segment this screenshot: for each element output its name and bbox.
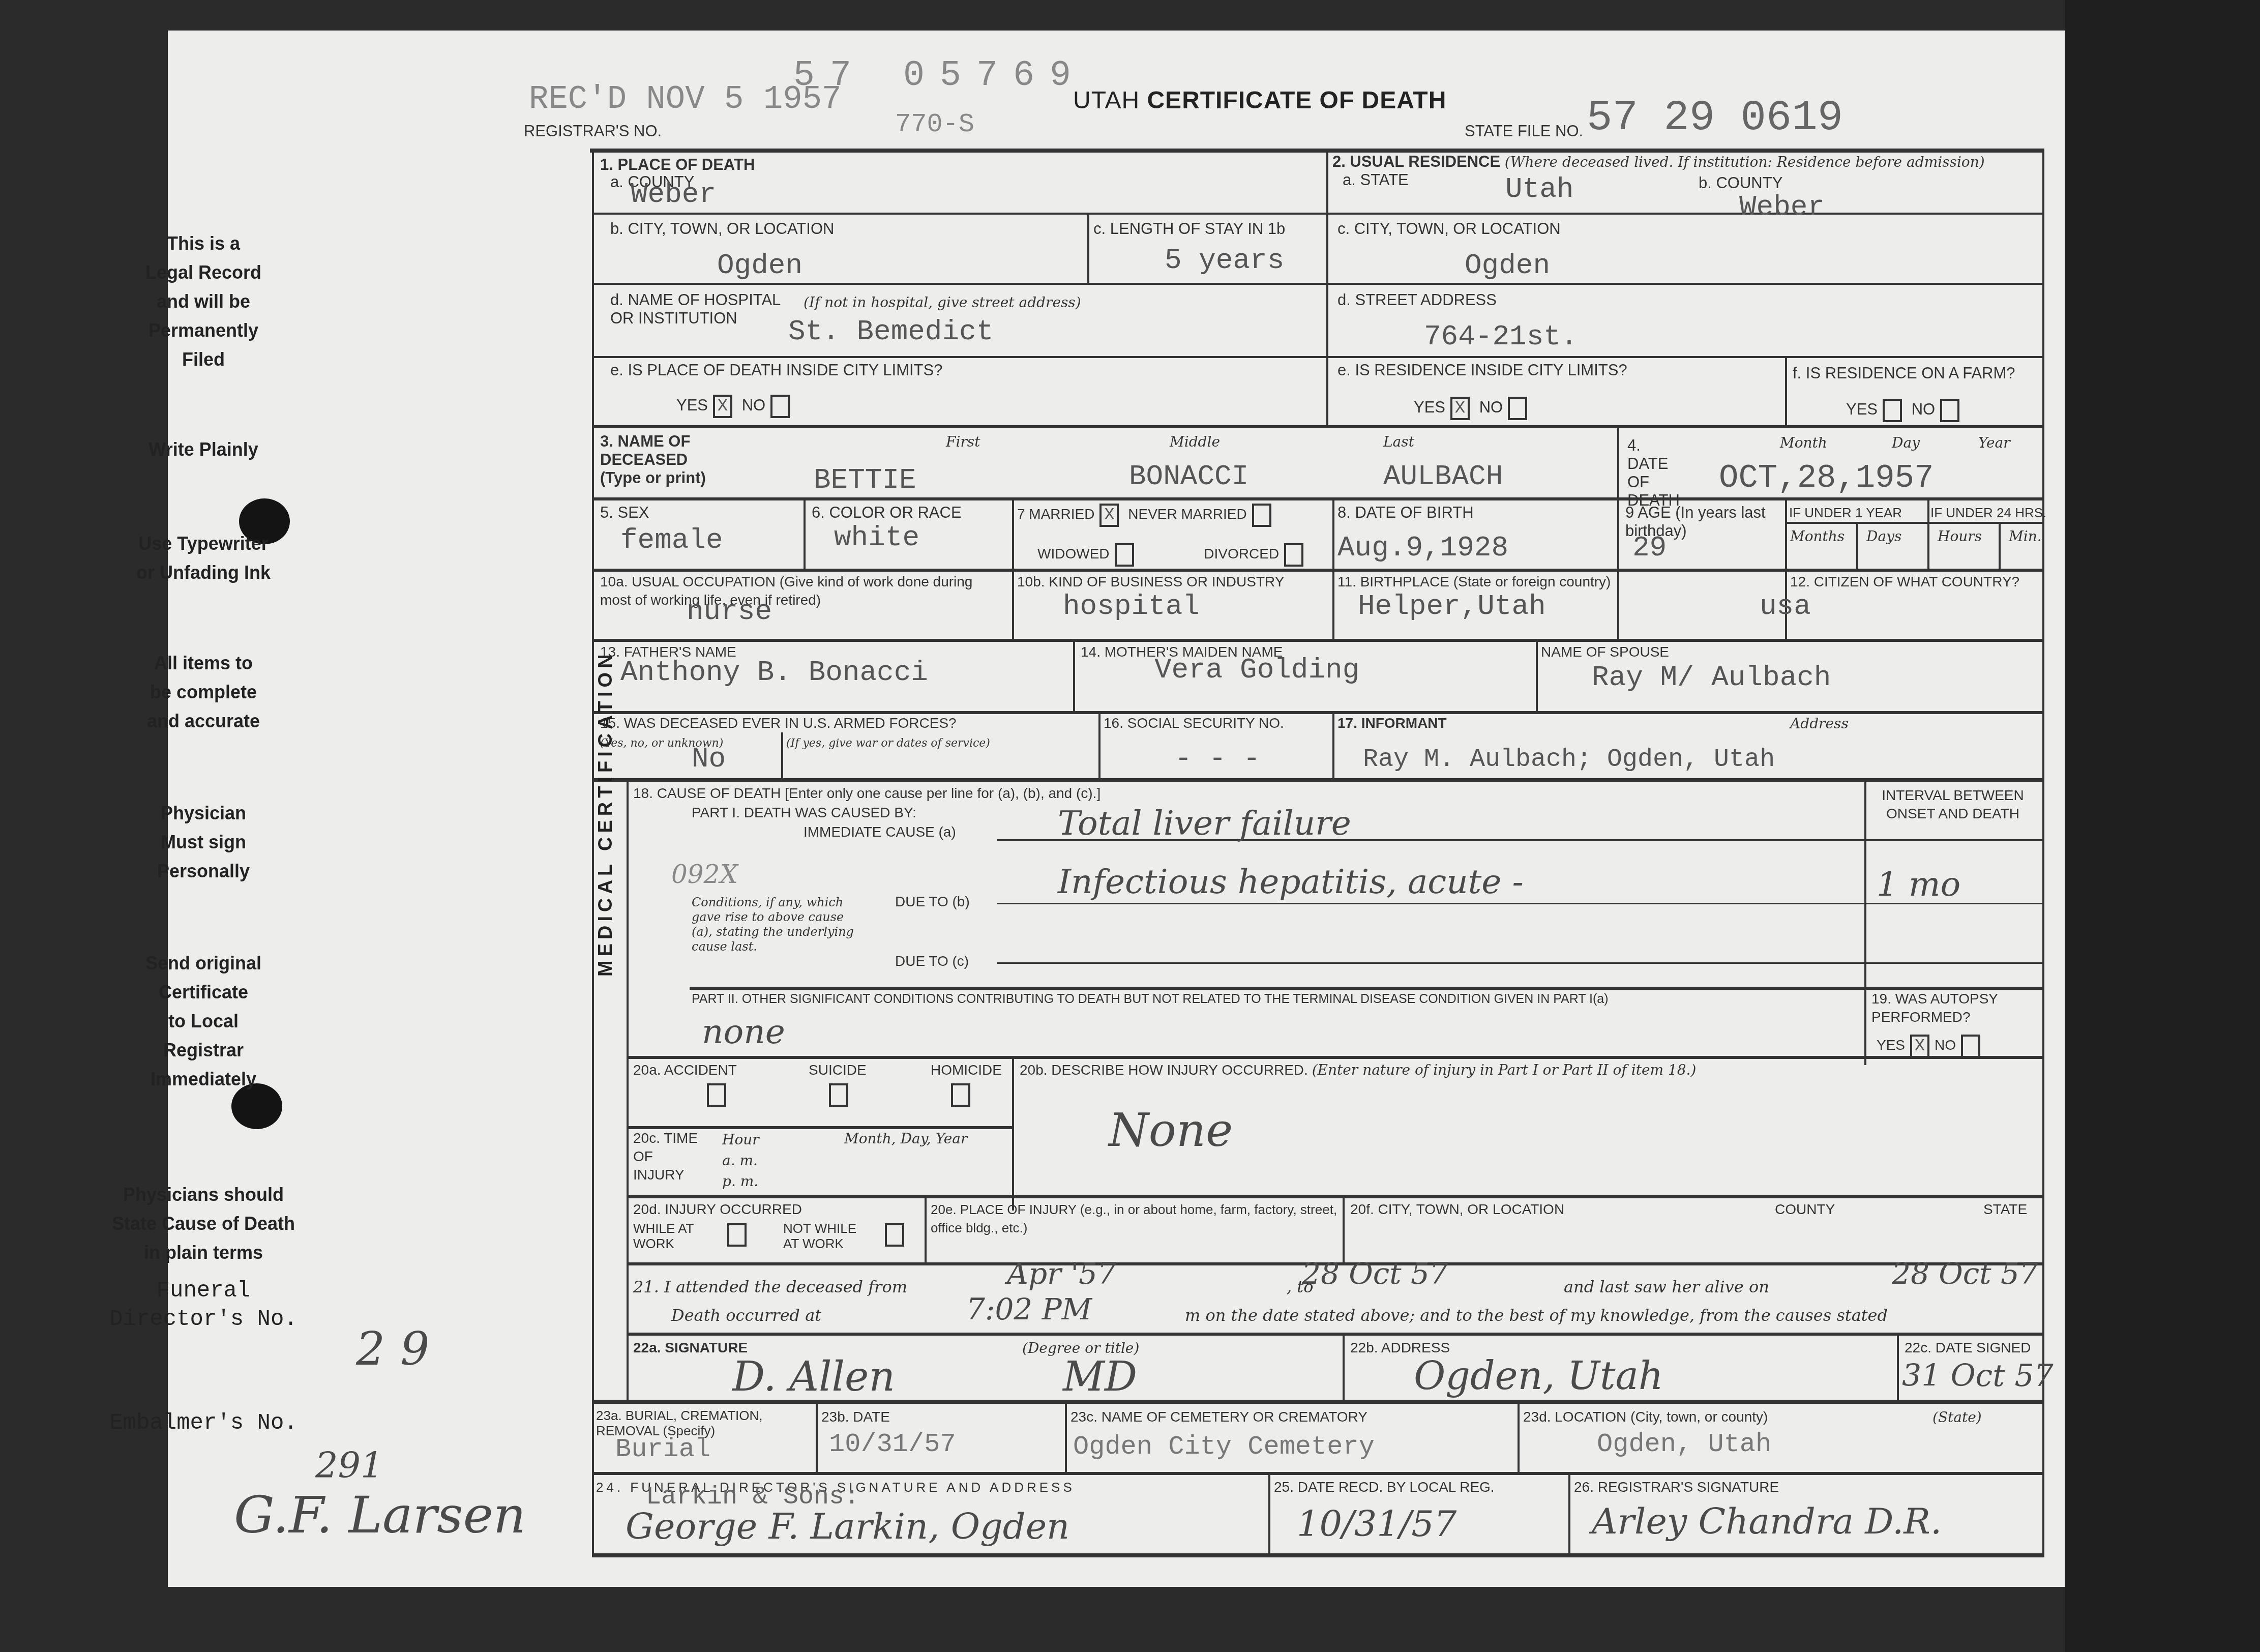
scan-background-right bbox=[2065, 0, 2260, 1652]
divider bbox=[627, 780, 629, 1401]
registrar-no: 770-S bbox=[895, 109, 974, 139]
date-of-death-value: OCT,28,1957 bbox=[1719, 460, 1934, 497]
sex-value: female bbox=[620, 524, 723, 556]
suicide-label: SUICIDE bbox=[809, 1061, 867, 1079]
autopsy-label: 19. WAS AUTOPSY PERFORMED? bbox=[1871, 990, 2034, 1026]
state-file-label: STATE FILE NO. bbox=[1465, 122, 1583, 140]
armed-forces-value: No bbox=[692, 743, 726, 775]
note-physician: Physician Must sign Personally bbox=[0, 799, 407, 886]
funeral-director-signature: George F. Larkin, Ogden bbox=[626, 1506, 1069, 1547]
part1-label: PART I. DEATH WAS CAUSED BY: bbox=[692, 804, 916, 822]
pod-city-value: Ogden bbox=[717, 249, 802, 282]
divider bbox=[1332, 712, 1334, 779]
res-farm-label: f. IS RESIDENCE ON A FARM? bbox=[1793, 364, 2015, 382]
note-complete: All items to be complete and accurate bbox=[0, 648, 407, 735]
divider bbox=[1343, 1335, 1345, 1401]
divider bbox=[627, 1056, 2042, 1059]
part2-value: none bbox=[702, 1012, 785, 1051]
occupation-value: nurse bbox=[687, 595, 772, 628]
divider bbox=[816, 1402, 818, 1473]
res-state-label: a. STATE bbox=[1343, 171, 1409, 189]
divider bbox=[1343, 1197, 1345, 1263]
widowed-label: WIDOWED bbox=[1037, 546, 1110, 562]
mother-value: Vera Golding bbox=[1154, 654, 1359, 686]
pod-inside-city-options: YESX NO bbox=[676, 395, 795, 418]
am-label: a. m. bbox=[722, 1152, 758, 1169]
ssn-value: - - - bbox=[1175, 743, 1260, 775]
sex-label: 5. SEX bbox=[600, 504, 649, 522]
divider bbox=[592, 497, 2044, 500]
divider bbox=[781, 732, 783, 779]
armed-hint-2: (If yes, give war or dates of service) bbox=[786, 737, 990, 750]
citizen-value: usa bbox=[1760, 590, 1811, 623]
never-married-checkbox[interactable] bbox=[1252, 504, 1271, 527]
divider bbox=[1536, 641, 1538, 713]
pod-hospital-label: d. NAME OF HOSPITAL OR INSTITUTION bbox=[610, 291, 783, 328]
state-file-no: 57 29 0619 bbox=[1587, 94, 1843, 142]
divorced-label: DIVORCED bbox=[1204, 546, 1279, 562]
months-label: Months bbox=[1790, 528, 1845, 545]
due-to-c-label: DUE TO (c) bbox=[895, 952, 969, 970]
birthplace-value: Helper,Utah bbox=[1358, 590, 1546, 623]
attended-to-value: 28 Oct 57 bbox=[1302, 1256, 1448, 1291]
cause-b-value: Infectious hepatitis, acute - bbox=[1058, 862, 1524, 901]
business-label: 10b. KIND OF BUSINESS OR INDUSTRY bbox=[1017, 573, 1284, 591]
marital-number: 7 bbox=[1017, 506, 1025, 522]
never-married-label: NEVER MARRIED bbox=[1128, 506, 1246, 522]
due-to-b-label: DUE TO (b) bbox=[895, 893, 970, 911]
cause-of-death-label: 18. CAUSE OF DEATH [Enter only one cause… bbox=[633, 784, 1101, 803]
divider bbox=[925, 1197, 927, 1263]
accident-checkbox[interactable] bbox=[707, 1083, 726, 1107]
divider bbox=[1785, 522, 2042, 524]
date-signed-label: 22c. DATE SIGNED bbox=[1905, 1339, 2031, 1357]
autopsy-options: YESXNO bbox=[1877, 1035, 1985, 1058]
cemetery-label: 23c. NAME OF CEMETERY OR CREMATORY bbox=[1070, 1408, 1367, 1426]
attended-from-value: Apr '57 bbox=[1007, 1256, 1116, 1291]
residence-hint: (Where deceased lived. If institution: R… bbox=[1505, 154, 1985, 170]
dod-year-label: Year bbox=[1978, 434, 2010, 451]
interval-label: INTERVAL BETWEEN ONSET AND DEATH bbox=[1871, 786, 2034, 823]
residence-heading: 2. USUAL RESIDENCE bbox=[1332, 153, 1500, 170]
res-inside-city-yes-checkbox[interactable]: X bbox=[1450, 397, 1470, 420]
last-name-label: Last bbox=[1383, 433, 1414, 450]
autopsy-yes-checkbox[interactable]: X bbox=[1910, 1035, 1929, 1058]
death-occurred-label: Death occurred at bbox=[671, 1306, 821, 1325]
injury-county-label: COUNTY bbox=[1775, 1200, 1835, 1219]
physician-address: Ogden, Utah bbox=[1414, 1353, 1663, 1398]
business-value: hospital bbox=[1063, 590, 1200, 623]
place-of-death-heading: 1. PLACE OF DEATH bbox=[600, 156, 755, 174]
age-value: 29 bbox=[1632, 532, 1667, 564]
funeral-director-no: 29 bbox=[356, 1322, 445, 1376]
ssn-label: 16. SOCIAL SECURITY NO. bbox=[1104, 714, 1284, 732]
date-received-value: 10/31/57 bbox=[1297, 1503, 1456, 1545]
divider bbox=[1864, 780, 1866, 1065]
divider bbox=[592, 639, 2044, 642]
hour-label: Hour bbox=[722, 1131, 759, 1148]
describe-injury-value: None bbox=[1109, 1104, 1233, 1157]
pm-label: p. m. bbox=[722, 1173, 758, 1190]
divider bbox=[1785, 356, 1787, 427]
cemetery-value: Ogden City Cemetery bbox=[1073, 1432, 1375, 1462]
interval-value: 1 mo bbox=[1877, 865, 1960, 904]
marital-status-row2: WIDOWED DIVORCED bbox=[1037, 543, 1309, 567]
res-street-label: d. STREET ADDRESS bbox=[1337, 291, 1497, 309]
homicide-checkbox[interactable] bbox=[951, 1083, 970, 1107]
divider bbox=[627, 1195, 2042, 1198]
burial-date-value: 10/31/57 bbox=[829, 1429, 956, 1459]
title-text: CERTIFICATE OF DEATH bbox=[1147, 87, 1446, 114]
res-farm-options: YES NO bbox=[1846, 399, 1965, 422]
location-label: 23d. LOCATION (City, town, or county) bbox=[1523, 1408, 1768, 1426]
describe-injury-hint: (Enter nature of injury in Part I or Par… bbox=[1312, 1061, 1697, 1078]
pod-inside-city-no-checkbox[interactable] bbox=[770, 395, 790, 418]
divider bbox=[592, 283, 2044, 285]
part2-label: PART II. OTHER SIGNIFICANT CONDITIONS CO… bbox=[692, 990, 1609, 1008]
funeral-director-label: Funeral Director's No. bbox=[0, 1277, 407, 1334]
form-left-border bbox=[592, 149, 594, 1557]
pod-inside-city-yes-checkbox[interactable]: X bbox=[713, 395, 732, 418]
immediate-cause-label: IMMEDIATE CAUSE (a) bbox=[804, 823, 956, 841]
divorced-checkbox[interactable] bbox=[1284, 543, 1303, 567]
res-city-label: c. CITY, TOWN, OR LOCATION bbox=[1337, 220, 1561, 238]
registrar-signature: Arley Chandra D.R. bbox=[1592, 1500, 1942, 1542]
physician-signature: D. Allen bbox=[732, 1353, 895, 1400]
pod-stay-value: 5 years bbox=[1165, 244, 1284, 277]
divider bbox=[592, 778, 2044, 782]
divider bbox=[1268, 1474, 1270, 1555]
burial-value: Burial bbox=[615, 1434, 710, 1464]
embalmer-signature: G.F. Larsen bbox=[234, 1485, 526, 1545]
describe-injury-label: 20b. DESCRIBE HOW INJURY OCCURRED. bbox=[1020, 1062, 1308, 1078]
under-24-hrs-label: IF UNDER 24 HRS. bbox=[1930, 504, 2046, 522]
days-label: Days bbox=[1866, 528, 1901, 545]
res-county-value: Weber bbox=[1739, 191, 1825, 223]
form-bottom-border bbox=[592, 1553, 2044, 1557]
res-inside-city-no-checkbox[interactable] bbox=[1508, 397, 1527, 420]
divider bbox=[1999, 524, 2001, 570]
divider bbox=[1087, 213, 1089, 284]
dob-value: Aug.9,1928 bbox=[1337, 532, 1508, 564]
spouse-label: NAME OF SPOUSE bbox=[1541, 643, 1669, 661]
divider bbox=[592, 425, 2044, 428]
divider bbox=[804, 498, 806, 571]
last-saw-label: and last saw her alive on bbox=[1564, 1277, 1769, 1296]
min-label: Min. bbox=[2009, 528, 2042, 545]
accident-label: 20a. ACCIDENT bbox=[633, 1061, 737, 1079]
while-at-work-checkbox[interactable] bbox=[727, 1223, 747, 1247]
father-value: Anthony B. Bonacci bbox=[620, 656, 928, 689]
res-farm-yes-checkbox[interactable] bbox=[1883, 399, 1902, 422]
first-name-label: First bbox=[946, 433, 980, 450]
deceased-name-label: 3. NAME OF DECEASED (Type or print) bbox=[600, 432, 712, 487]
informant-value: Ray M. Aulbach; Ogden, Utah bbox=[1363, 745, 1775, 774]
pod-city-label: b. CITY, TOWN, OR LOCATION bbox=[610, 220, 834, 238]
pod-county-value: Weber bbox=[631, 178, 716, 211]
res-county-label: b. COUNTY bbox=[1699, 174, 1782, 192]
location-value: Ogden, Utah bbox=[1597, 1429, 1771, 1459]
armed-forces-label: 15. WAS DECEASED EVER IN U.S. ARMED FORC… bbox=[600, 714, 957, 732]
divider bbox=[592, 569, 2044, 572]
note-write-plainly: Write Plainly bbox=[0, 435, 407, 464]
cause-c-line bbox=[997, 962, 2042, 964]
married-checkbox[interactable]: X bbox=[1099, 504, 1119, 527]
divider bbox=[592, 213, 2044, 215]
burial-date-label: 23b. DATE bbox=[821, 1408, 890, 1426]
deceased-middle-name: BONACCI bbox=[1129, 460, 1248, 493]
attended-label: 21. I attended the deceased from bbox=[633, 1277, 907, 1296]
top-number: 57 05769 bbox=[793, 56, 1086, 96]
physician-degree: MD bbox=[1063, 1353, 1137, 1400]
signature-label: 22a. SIGNATURE bbox=[633, 1339, 748, 1357]
under-1-year-label: IF UNDER 1 YEAR bbox=[1789, 504, 1902, 522]
informant-label: 17. INFORMANT bbox=[1337, 714, 1447, 732]
deceased-first-name: BETTIE bbox=[814, 464, 916, 496]
divider bbox=[627, 1333, 2042, 1336]
note-legal-record: This is a Legal Record and will be Perma… bbox=[0, 229, 407, 374]
divider bbox=[1518, 1402, 1520, 1473]
homicide-label: HOMICIDE bbox=[931, 1061, 1002, 1079]
divider bbox=[1012, 1058, 1014, 1211]
divider bbox=[1927, 498, 1929, 571]
page-title: UTAH CERTIFICATE OF DEATH bbox=[1073, 86, 1446, 114]
note-cause-plain: Physicians should State Cause of Death i… bbox=[0, 1180, 407, 1267]
occupation-label: 10a. USUAL OCCUPATION (Give kind of work… bbox=[600, 573, 1007, 609]
medical-certification-label: MEDICAL CERTIFICATION bbox=[595, 650, 617, 977]
date-of-death-label: 4. DATE OF DEATH bbox=[1627, 436, 1678, 510]
last-saw-value: 28 Oct 57 bbox=[1892, 1256, 2038, 1291]
injury-city-label: 20f. CITY, TOWN, OR LOCATION bbox=[1350, 1200, 1564, 1219]
burial-label: 23a. BURIAL, CREMATION, REMOVAL (Specify… bbox=[596, 1408, 810, 1438]
marital-status: 7 MARRIEDX NEVER MARRIED bbox=[1017, 504, 1276, 527]
birthplace-label: 11. BIRTHPLACE (State or foreign country… bbox=[1337, 573, 1611, 591]
spouse-value: Ray M/ Aulbach bbox=[1592, 661, 1831, 694]
res-street-value: 764-21st. bbox=[1424, 320, 1578, 353]
date-signed-value: 31 Oct 57 bbox=[1902, 1358, 2054, 1394]
married-label: MARRIED bbox=[1029, 506, 1094, 522]
pod-hospital-hint: (If not in hospital, give street address… bbox=[804, 294, 1081, 311]
res-city-value: Ogden bbox=[1465, 249, 1550, 282]
res-farm-no-checkbox[interactable] bbox=[1940, 399, 1959, 422]
divider bbox=[1098, 712, 1101, 779]
dod-month-label: Month bbox=[1780, 434, 1827, 451]
not-while-at-work-label: NOT WHILE AT WORK bbox=[783, 1221, 870, 1251]
embalmer-no: 291 bbox=[315, 1444, 383, 1486]
divider bbox=[592, 1472, 2044, 1475]
injury-occurred-label: 20d. INJURY OCCURRED bbox=[633, 1200, 802, 1219]
place-of-injury-label: 20e. PLACE OF INJURY (e.g., in or about … bbox=[931, 1200, 1337, 1237]
divider bbox=[1065, 1402, 1067, 1473]
time-of-injury-label: 20c. TIME OF INJURY bbox=[633, 1129, 704, 1184]
death-time-value: 7:02 PM bbox=[966, 1292, 1092, 1326]
not-while-at-work-checkbox[interactable] bbox=[885, 1223, 904, 1247]
conditions-label: Conditions, if any, which gave rise to a… bbox=[692, 895, 854, 954]
divider bbox=[1568, 1474, 1570, 1555]
informant-address-label: Address bbox=[1790, 715, 1849, 732]
divider bbox=[1073, 641, 1075, 713]
dob-label: 8. DATE OF BIRTH bbox=[1337, 504, 1474, 522]
divider bbox=[1897, 1335, 1899, 1401]
citizen-label: 12. CITIZEN OF WHAT COUNTRY? bbox=[1790, 573, 2019, 591]
race-value: white bbox=[834, 521, 919, 554]
divider bbox=[1326, 149, 1328, 427]
pod-inside-city-label: e. IS PLACE OF DEATH INSIDE CITY LIMITS? bbox=[610, 361, 942, 379]
dod-day-label: Day bbox=[1892, 434, 1920, 451]
divider bbox=[592, 1400, 2044, 1404]
pod-stay-label: c. LENGTH OF STAY IN 1b bbox=[1093, 220, 1285, 238]
divider bbox=[1617, 427, 1619, 641]
suicide-checkbox[interactable] bbox=[829, 1083, 848, 1107]
form-right-border bbox=[2042, 149, 2044, 1557]
hours-label: Hours bbox=[1938, 528, 1982, 545]
middle-name-label: Middle bbox=[1170, 433, 1220, 450]
res-inside-city-options: YESX NO bbox=[1414, 397, 1532, 420]
cause-a-value: Total liver failure bbox=[1058, 804, 1351, 843]
injury-date-label: Month, Day, Year bbox=[844, 1130, 967, 1147]
autopsy-no-checkbox[interactable] bbox=[1961, 1035, 1980, 1058]
divider bbox=[1856, 524, 1858, 570]
registrar-no-label: REGISTRAR'S NO. bbox=[524, 122, 662, 140]
race-label: 6. COLOR OR RACE bbox=[812, 504, 962, 522]
res-state-value: Utah bbox=[1505, 173, 1573, 205]
injury-state-label: STATE bbox=[1983, 1200, 2027, 1219]
death-occurred-suffix: m on the date stated above; and to the b… bbox=[1185, 1306, 1888, 1325]
deceased-last-name: AULBACH bbox=[1383, 460, 1503, 493]
embalmer-label: Embalmer's No. bbox=[0, 1409, 407, 1437]
registrar-signature-label: 26. REGISTRAR'S SIGNATURE bbox=[1574, 1478, 1779, 1496]
pod-hospital-value: St. Bemedict bbox=[788, 315, 993, 348]
location-state-label: (State) bbox=[1932, 1409, 1982, 1426]
divider bbox=[592, 356, 2044, 358]
cause-code: 092X bbox=[671, 860, 738, 889]
widowed-checkbox[interactable] bbox=[1115, 543, 1134, 567]
date-received-label: 25. DATE RECD. BY LOCAL REG. bbox=[1274, 1478, 1495, 1496]
note-typewriter: Use Typewriter or Unfading Ink bbox=[0, 529, 407, 587]
title-state: UTAH bbox=[1073, 87, 1140, 114]
form-top-border bbox=[590, 149, 2044, 153]
note-send-original: Send original Certificate to Local Regis… bbox=[0, 949, 407, 1094]
res-inside-city-label: e. IS RESIDENCE INSIDE CITY LIMITS? bbox=[1337, 361, 1627, 379]
while-at-work-label: WHILE AT WORK bbox=[633, 1221, 715, 1251]
